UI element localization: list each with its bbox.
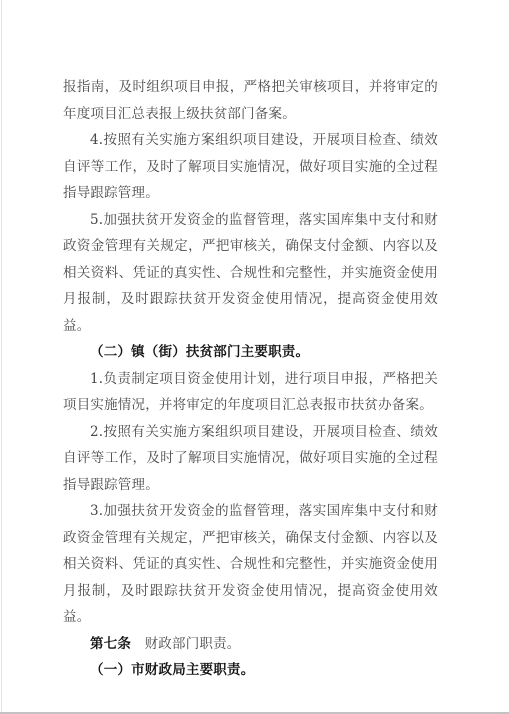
list-item-2: 2.按照有关实施方案组织项目建设，开展项目检查、绩效自评等工作，及时了解项目实施… (63, 419, 438, 499)
page-left-edge (1, 0, 2, 714)
article-seven-heading: 第七条财政部门职责。 (63, 631, 438, 658)
section-heading-town-poverty-dept: （二）镇（街）扶贫部门主要职责。 (63, 339, 438, 366)
article-seven-label: 第七条 (90, 636, 145, 652)
section-heading-city-finance-bureau: （一）市财政局主要职责。 (63, 657, 438, 684)
document-page: 报指南，及时组织项目申报，严格把关审核项目，并将审定的年度项目汇总表报上级扶贫部… (0, 0, 509, 714)
list-item-1: 1.负责制定项目资金使用计划，进行项目申报，严格把关项目实施情况，并将审定的年度… (63, 366, 438, 419)
list-item-4: 4.按照有关实施方案组织项目建设，开展项目检查、绩效自评等工作，及时了解项目实施… (63, 127, 438, 207)
paragraph-continuation: 报指南，及时组织项目申报，严格把关审核项目，并将审定的年度项目汇总表报上级扶贫部… (63, 74, 438, 127)
document-content: 报指南，及时组织项目申报，严格把关审核项目，并将审定的年度项目汇总表报上级扶贫部… (63, 74, 438, 684)
list-item-5: 5.加强扶贫开发资金的监督管理，落实国库集中支付和财政资金管理有关规定，严把审核… (63, 207, 438, 340)
article-seven-text: 财政部门职责。 (145, 636, 241, 652)
list-item-3: 3.加强扶贫开发资金的监督管理，落实国库集中支付和财政资金管理有关规定，严把审核… (63, 498, 438, 631)
